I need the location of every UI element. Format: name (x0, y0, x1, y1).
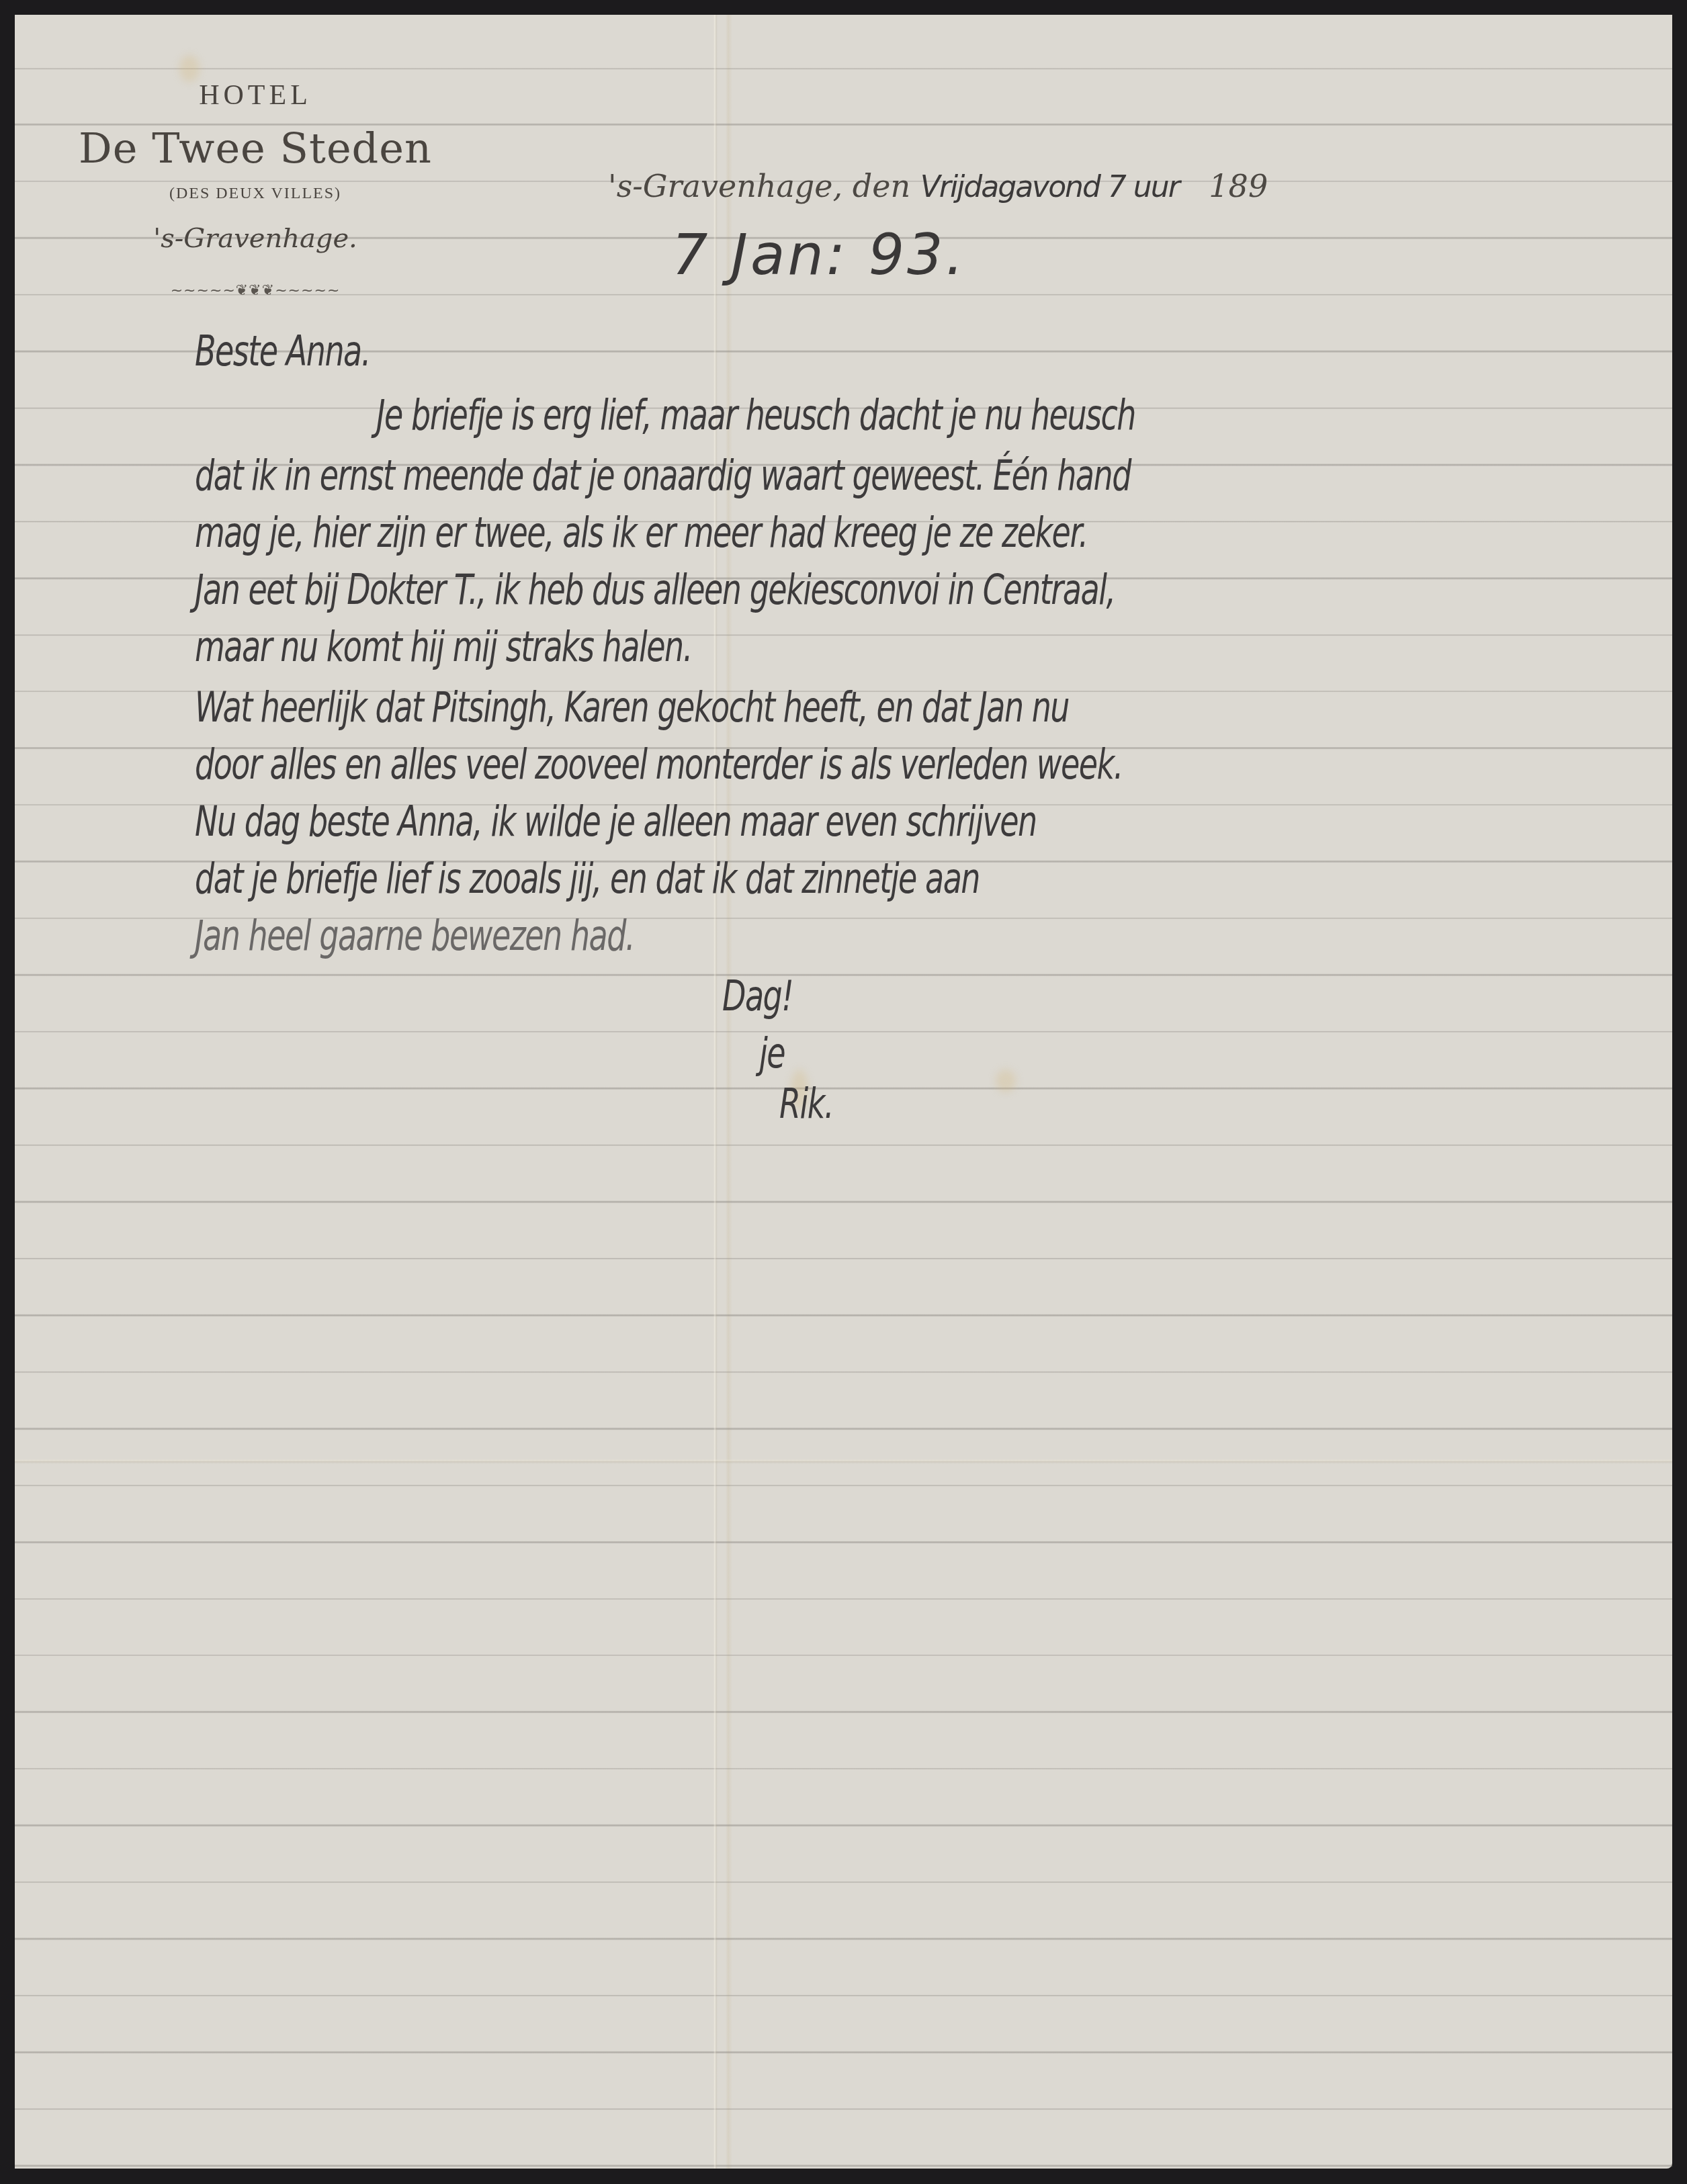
salutation: Beste Anna. (195, 326, 370, 376)
vertical-fold (713, 15, 718, 2169)
closing-word: je (759, 1029, 785, 1078)
closing: Dag! (722, 971, 793, 1020)
dateline-city: 's-Gravenhage, den (608, 168, 910, 204)
letterhead-hotel: HOTEL (67, 79, 443, 112)
ornament-icon: ~~~~~❦❦❦~~~~~ (67, 282, 443, 299)
letter-line: mag je, hier zijn er twee, als ik er mee… (195, 508, 1088, 557)
letterhead-city: 's-Gravenhage. (67, 223, 443, 254)
letterhead: HOTEL De Twee Steden (DES DEUX VILLES) '… (67, 74, 443, 299)
letter-line: dat ik in ernst meende dat je onaardig w… (195, 451, 1131, 500)
letterhead-hotel-name: De Twee Steden (67, 124, 443, 173)
handwritten-date: 7 Jan: 93. (672, 222, 966, 288)
letterhead-subtitle: (DES DEUX VILLES) (67, 185, 443, 203)
letter-line: Jan heel gaarne bewezen had. (195, 911, 634, 960)
horizontal-fold (15, 1459, 1672, 1463)
letter-line: Je briefje is erg lief, maar heusch dach… (376, 390, 1135, 439)
dateline-day: Vrijdagavond 7 uur (920, 170, 1179, 204)
letter-line: Nu dag beste Anna, ik wilde je alleen ma… (195, 797, 1037, 846)
paper-stain (996, 1069, 1016, 1092)
letter-line: Wat heerlijk dat Pitsingh, Karen gekocht… (195, 683, 1069, 732)
letter-line: dat je briefje lief is zooals jij, en da… (195, 854, 980, 903)
letter-line: door alles en alles veel zooveel monterd… (195, 740, 1123, 789)
letter-line: Jan eet bij Dokter T., ik heb dus alleen… (195, 565, 1115, 614)
dateline-year: 189 (1209, 168, 1268, 204)
signature: Rik. (779, 1079, 833, 1128)
letter-line: maar nu komt hij mij straks halen. (195, 622, 692, 671)
dateline: 's-Gravenhage, den Vrijdagavond 7 uur 18… (608, 168, 1268, 204)
